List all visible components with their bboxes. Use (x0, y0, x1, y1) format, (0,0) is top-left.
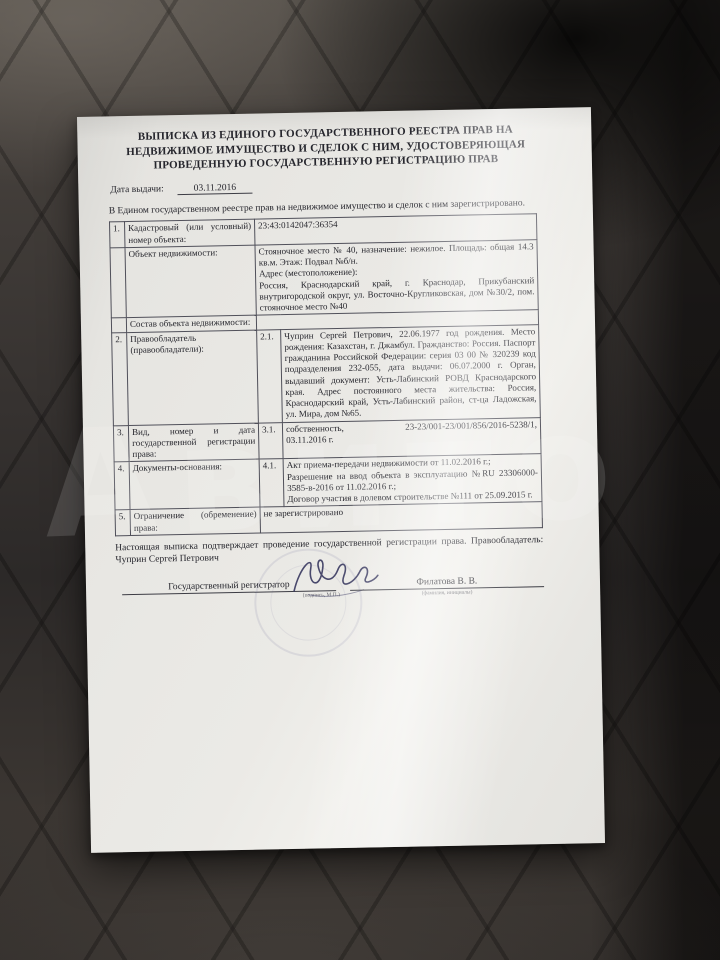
table-row-documents: 4. Документы-основания: 4.1. Акт приема-… (114, 454, 542, 510)
registrar-name-caption: (фамилия, инициалы) (422, 590, 473, 597)
registrar-name: Филатова В. В. (416, 577, 477, 588)
row-number (111, 318, 126, 333)
table-row-object: Объект недвижимости: Стояночное место № … (110, 239, 538, 318)
row-subnumber: 3.1. (258, 422, 283, 459)
document-title: ВЫПИСКА ИЗ ЕДИНОГО ГОСУДАРСТВЕННОГО РЕЕС… (121, 122, 530, 173)
row-label: Правообладатель (правообладатели): (127, 330, 259, 425)
row-number: 4. (114, 462, 130, 510)
photo-scene: ВЫПИСКА ИЗ ЕДИНОГО ГОСУДАРСТВЕННОГО РЕЕС… (0, 0, 720, 960)
registrar-signature-icon (287, 549, 384, 603)
row-value: Акт приема-передачи недвижимости от 11.0… (283, 454, 542, 507)
row-label: Ограничение (обременение) права: (130, 507, 260, 535)
document-paper: ВЫПИСКА ИЗ ЕДИНОГО ГОСУДАРСТВЕННОГО РЕЕС… (77, 107, 605, 853)
row-number: 3. (113, 425, 129, 462)
row-number (110, 247, 126, 318)
registrar-signature-row: Государственный регистратор (подпись, М.… (122, 575, 544, 595)
registrar-name-block: Филатова В. В. (фамилия, инициалы) (350, 575, 544, 591)
row-label: Документы-основания: (129, 459, 260, 509)
row-number: 5. (115, 510, 130, 536)
registrar-role-label: Государственный регистратор (168, 580, 290, 592)
row-label: Кадастровый (или условный) номер объекта… (125, 219, 255, 247)
row-subnumber: 2.1. (257, 329, 283, 422)
row-number: 2. (112, 332, 129, 425)
issue-date-row: Дата выдачи:03.11.2016 (110, 177, 536, 196)
row-label: Объект недвижимости: (125, 245, 256, 318)
issue-date-label: Дата выдачи: (110, 184, 164, 195)
row-label: Вид, номер и дата государственной регист… (128, 423, 259, 462)
object-address: Россия, Краснодарский край, г. Краснодар… (259, 275, 535, 314)
registrar-role: Государственный регистратор (подпись, М.… (122, 579, 336, 595)
registration-kind: собственность, (286, 422, 344, 434)
issue-date-value: 03.11.2016 (178, 182, 253, 194)
row-number: 1. (110, 222, 125, 248)
row-value: собственность, 23-23/001-23/001/856/2016… (282, 417, 541, 459)
table-row-rightholder: 2. Правообладатель (правообладатели): 2.… (112, 324, 541, 425)
row-value: не зарегистрировано (260, 502, 542, 533)
row-subnumber: 4.1. (259, 459, 284, 507)
registration-table: 1. Кадастровый (или условный) номер объе… (109, 213, 543, 536)
row-value: Чуприн Сергей Петрович, 22.06.1977 год р… (281, 324, 541, 422)
document-content: ВЫПИСКА ИЗ ЕДИНОГО ГОСУДАРСТВЕННОГО РЕЕС… (77, 107, 600, 596)
row-value: Стояночное место № 40, назначение: нежил… (255, 239, 538, 315)
